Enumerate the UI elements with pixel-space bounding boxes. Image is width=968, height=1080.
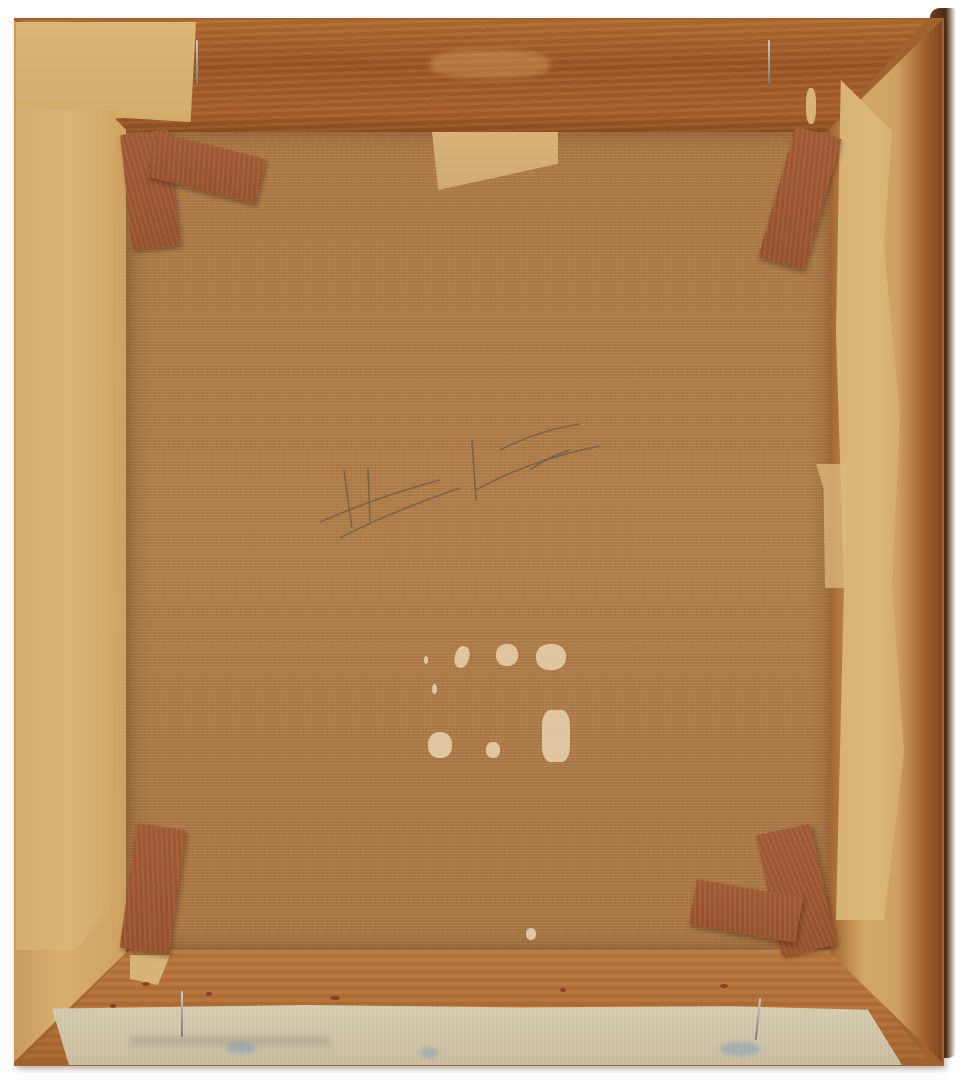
scuff-mark xyxy=(806,88,816,124)
pencil-markings xyxy=(300,410,620,560)
nail xyxy=(196,40,198,84)
paint-loss xyxy=(536,644,566,670)
paint-loss xyxy=(496,644,518,666)
paint-loss xyxy=(486,742,500,758)
frame-back-photo xyxy=(0,0,968,1080)
canvas-fold-bottom xyxy=(52,1005,902,1065)
paint-loss xyxy=(542,710,570,762)
paint-loss xyxy=(428,732,452,758)
nail xyxy=(181,991,183,1037)
stain-spot xyxy=(110,1004,116,1008)
stain-spot xyxy=(720,984,728,988)
paint-loss xyxy=(424,656,428,664)
stain-spot xyxy=(142,982,150,986)
nail xyxy=(768,40,770,84)
scuff-mark xyxy=(430,50,550,78)
paper-remnant-top-left xyxy=(16,22,196,122)
blue-paint-stain xyxy=(720,1042,760,1056)
stain-spot xyxy=(206,992,212,996)
stain-spot xyxy=(330,996,340,1000)
grey-stain xyxy=(130,1036,330,1046)
blue-paint-stain xyxy=(420,1048,438,1058)
stain-spot xyxy=(560,988,566,992)
paint-loss xyxy=(526,928,536,940)
paint-loss xyxy=(432,684,437,694)
paper-remnant-left xyxy=(16,110,116,950)
